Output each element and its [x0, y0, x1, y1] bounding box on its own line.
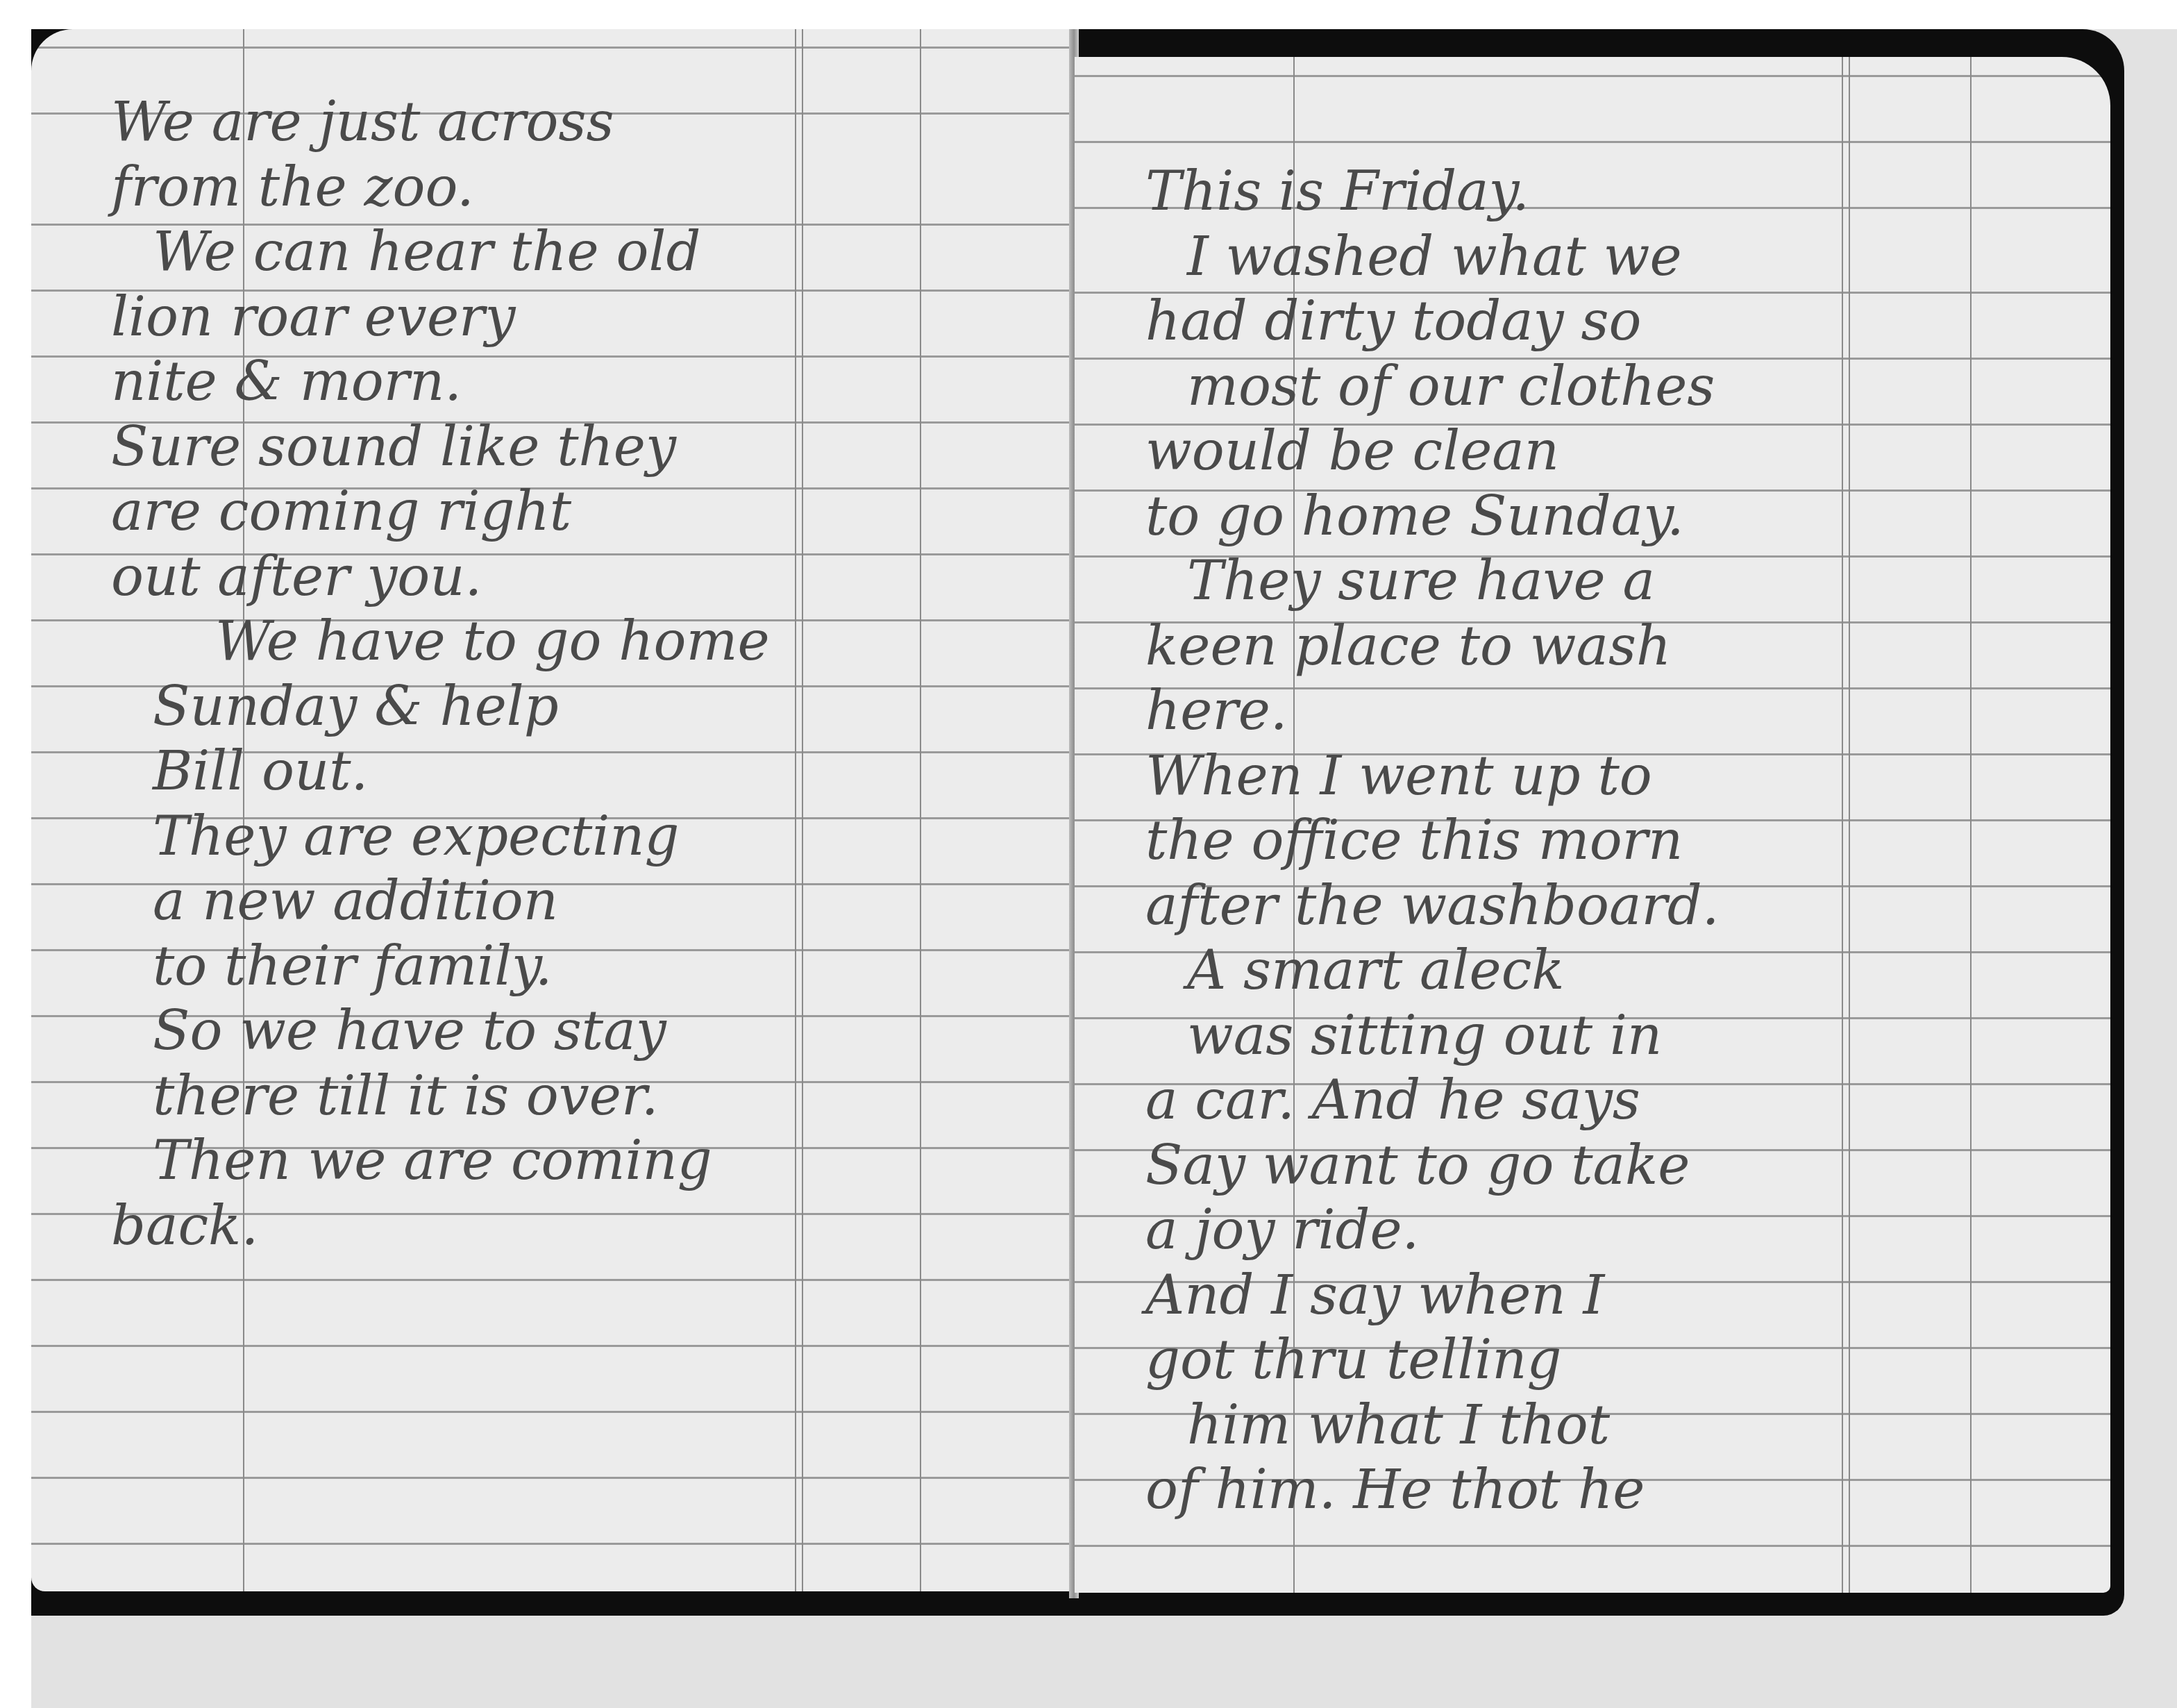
text-line: from the zoo. [111, 156, 770, 221]
text-line: a car. And he says [1145, 1069, 1719, 1134]
text-line: are coming right [111, 480, 770, 545]
column-rule [920, 29, 921, 1591]
text-line: out after you. [111, 545, 770, 610]
text-line: Sure sound like they [111, 415, 770, 480]
left-page-text: We are just across from the zoo. We can … [111, 90, 770, 1259]
text-line: Say want to go take [1145, 1134, 1719, 1199]
text-line: there till it is over. [111, 1064, 770, 1130]
text-line: a new addition [111, 869, 770, 935]
text-line: him what I thot [1145, 1393, 1719, 1459]
text-line: would be clean [1145, 419, 1719, 485]
text-line: When I went up to [1145, 744, 1719, 810]
text-line: most of our clothes [1145, 355, 1719, 420]
text-line: nite & morn. [111, 350, 770, 415]
text-line: Bill out. [111, 739, 770, 805]
text-line: They are expecting [111, 805, 770, 870]
text-line: a joy ride. [1145, 1198, 1719, 1264]
text-line: had dirty today so [1145, 290, 1719, 355]
text-line: to go home Sunday. [1145, 485, 1719, 550]
text-line: lion roar every [111, 285, 770, 351]
right-page-text: This is Friday. I washed what we had dir… [1145, 160, 1719, 1523]
text-line: We have to go home [111, 610, 770, 675]
text-line: the office this morn [1145, 809, 1719, 874]
text-line: after the washboard. [1145, 874, 1719, 939]
text-line: was sitting out in [1145, 1004, 1719, 1069]
text-line: So we have to stay [111, 999, 770, 1064]
text-line: Then we are coming [111, 1129, 770, 1194]
text-line: back. [111, 1194, 770, 1259]
text-line: We are just across [111, 90, 770, 156]
column-rule-double [795, 29, 803, 1591]
text-line: This is Friday. [1145, 160, 1719, 225]
text-line: Sunday & help [111, 675, 770, 740]
column-rule-double [1842, 57, 1850, 1593]
text-line: We can hear the old [111, 220, 770, 285]
text-line: got thru telling [1145, 1328, 1719, 1393]
text-line: to their family. [111, 935, 770, 1000]
column-rule [1970, 57, 1972, 1593]
text-line: A smart aleck [1145, 939, 1719, 1004]
text-line: They sure have a [1145, 549, 1719, 614]
text-line: And I say when I [1145, 1264, 1719, 1329]
text-line: of him. He thot he [1145, 1458, 1719, 1523]
text-line: here. [1145, 679, 1719, 744]
text-line: keen place to wash [1145, 614, 1719, 680]
text-line: I washed what we [1145, 225, 1719, 290]
